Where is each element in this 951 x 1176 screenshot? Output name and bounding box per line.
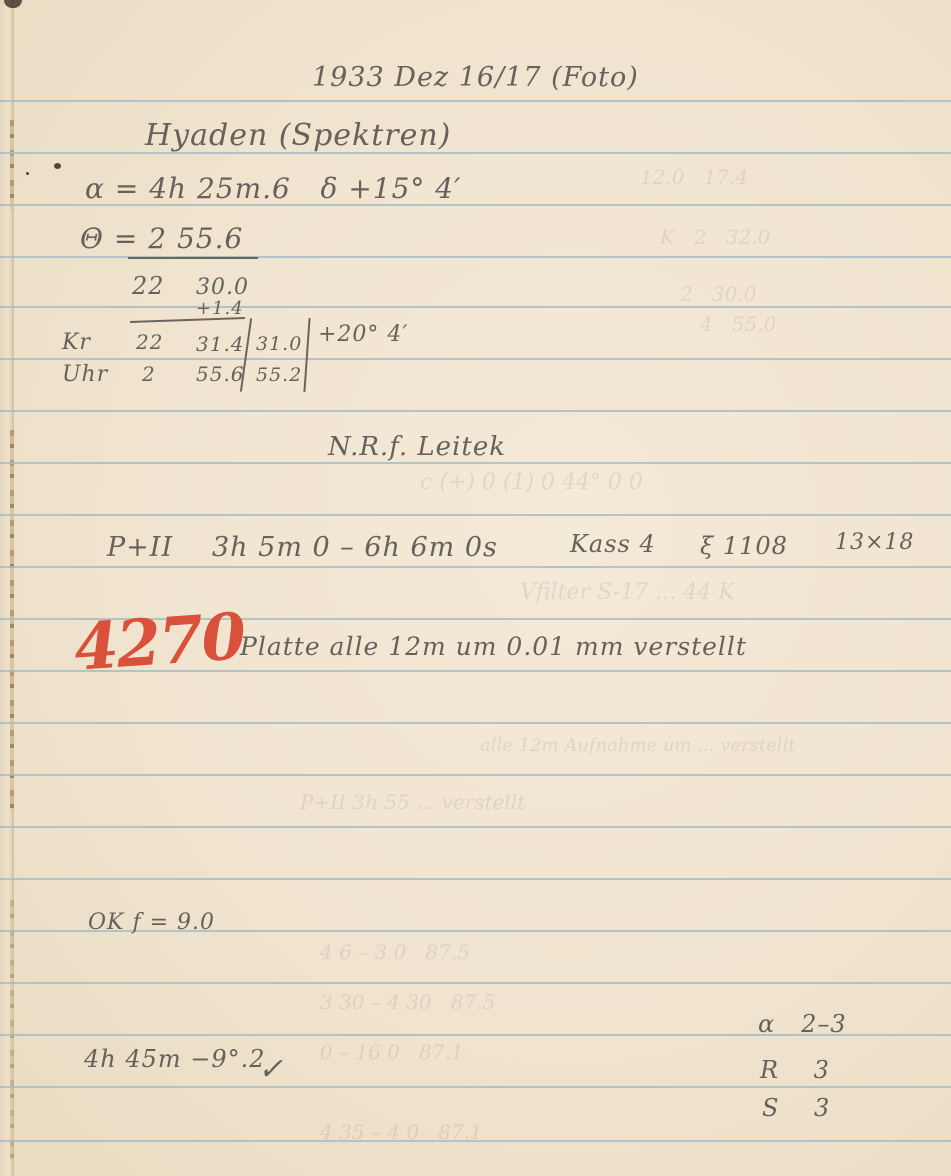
delta-value: +15° 4′ <box>348 172 461 205</box>
bleed-through: 3 30 – 4 30 87.5 <box>320 990 495 1014</box>
check-mark-icon: ✓ <box>258 1052 284 1087</box>
plate-size: 13×18 <box>835 530 914 555</box>
ruled-line <box>0 358 951 360</box>
ruled-line <box>0 100 951 102</box>
ruled-line <box>0 462 951 464</box>
delta-label: δ <box>321 172 339 205</box>
uhr-col1: 2 <box>142 362 156 386</box>
notebook-page: 12.0 17.4 K 2 32.0 2 30.0 4 55.0 c (+) 0… <box>0 0 951 1176</box>
binding-stain <box>10 900 14 1160</box>
bleed-through: 2 30.0 <box>680 282 756 306</box>
emulsion: ξ 1108 <box>700 532 788 560</box>
rating-row: S 3 <box>762 1094 830 1122</box>
uhr-col2: 55.6 <box>196 362 245 386</box>
bleed-through: 12.0 17.4 <box>640 165 748 189</box>
plate-number: 4270 <box>72 599 247 686</box>
calc-correction: +1.4 <box>196 298 244 319</box>
plate-note: Platte alle 12m um 0.01 mm verstellt <box>240 632 747 661</box>
bleed-through: Vfilter S-17 ... 44 K <box>520 580 735 605</box>
rating-symbol: S <box>762 1094 779 1122</box>
stain-spot <box>54 163 61 169</box>
ruled-line <box>0 152 951 154</box>
sum-line <box>130 317 245 323</box>
bleed-through: 4 6 – 3 0 87.5 <box>320 940 470 964</box>
uhr-col3: 55.2 <box>256 364 302 386</box>
bleed-through: alle 12m Aufnahme um ... verstellt <box>480 735 796 756</box>
ruled-line <box>0 722 951 724</box>
kr-label: Kr <box>62 330 91 355</box>
stain-spot <box>26 172 29 175</box>
rating-row: α 2–3 <box>758 1010 847 1038</box>
ruled-line <box>0 826 951 828</box>
kr-col1: 22 <box>136 330 163 354</box>
bleed-through: P+II 3h 55 ... verstellt <box>300 790 525 814</box>
calc-row1-col2: 30.0 <box>196 275 249 300</box>
theta-value: = 2 55.6 <box>114 222 243 255</box>
rating-row: R 3 <box>760 1056 830 1084</box>
rating-value: 2–3 <box>801 1010 847 1038</box>
alpha-value: = 4h 25m.6 <box>115 172 291 205</box>
ruled-line <box>0 774 951 776</box>
declination-note: +20° 4′ <box>318 322 408 347</box>
rating-symbol: R <box>760 1056 779 1084</box>
ruled-line <box>0 410 951 412</box>
rating-value: 3 <box>814 1094 830 1122</box>
ruled-line <box>0 566 951 568</box>
theta-label: Θ <box>80 222 104 255</box>
position-value: 4h 45m −9°.2 <box>84 1045 266 1073</box>
ruled-line <box>0 982 951 984</box>
alpha-label: α <box>85 172 105 205</box>
underline <box>128 257 258 259</box>
ruled-line <box>0 1086 951 1088</box>
bleed-through: 4 35 – 4 0 87.1 <box>320 1120 483 1144</box>
kr-col3: 31.0 <box>256 333 302 355</box>
kr-col2: 31.4 <box>196 332 245 356</box>
binding-stain <box>10 120 14 210</box>
binding-stain <box>10 430 14 810</box>
page-title: Hyaden (Spektren) <box>145 118 451 153</box>
calc-row1-col1: 22 <box>132 272 165 300</box>
ruled-line <box>0 514 951 516</box>
rating-value: 3 <box>814 1056 830 1084</box>
bleed-through: 0 – 16 0 87.1 <box>320 1040 464 1064</box>
date-line: 1933 Dez 16/17 (Foto) <box>312 62 639 93</box>
ruled-line <box>0 306 951 308</box>
bleed-through: K 2 32.0 <box>660 225 770 249</box>
exposure-plates: P+II <box>107 532 173 563</box>
focus-note: OK f = 9.0 <box>88 910 215 935</box>
theta-line: Θ = 2 55.6 <box>80 222 243 255</box>
instrument-line: N.R.f. Leitek <box>328 432 506 462</box>
alpha-line: α = 4h 25m.6 δ +15° 4′ <box>85 172 461 205</box>
cassette: Kass 4 <box>570 530 656 558</box>
bleed-through: 4 55.0 <box>700 312 776 336</box>
column-divider <box>303 318 310 392</box>
exposure-time: 3h 5m 0 – 6h 6m 0s <box>212 532 498 563</box>
bleed-through: c (+) 0 (1) 0 44° 0 0 <box>420 470 643 495</box>
ruled-line <box>0 878 951 880</box>
uhr-label: Uhr <box>62 362 108 387</box>
rating-symbol: α <box>758 1010 775 1038</box>
